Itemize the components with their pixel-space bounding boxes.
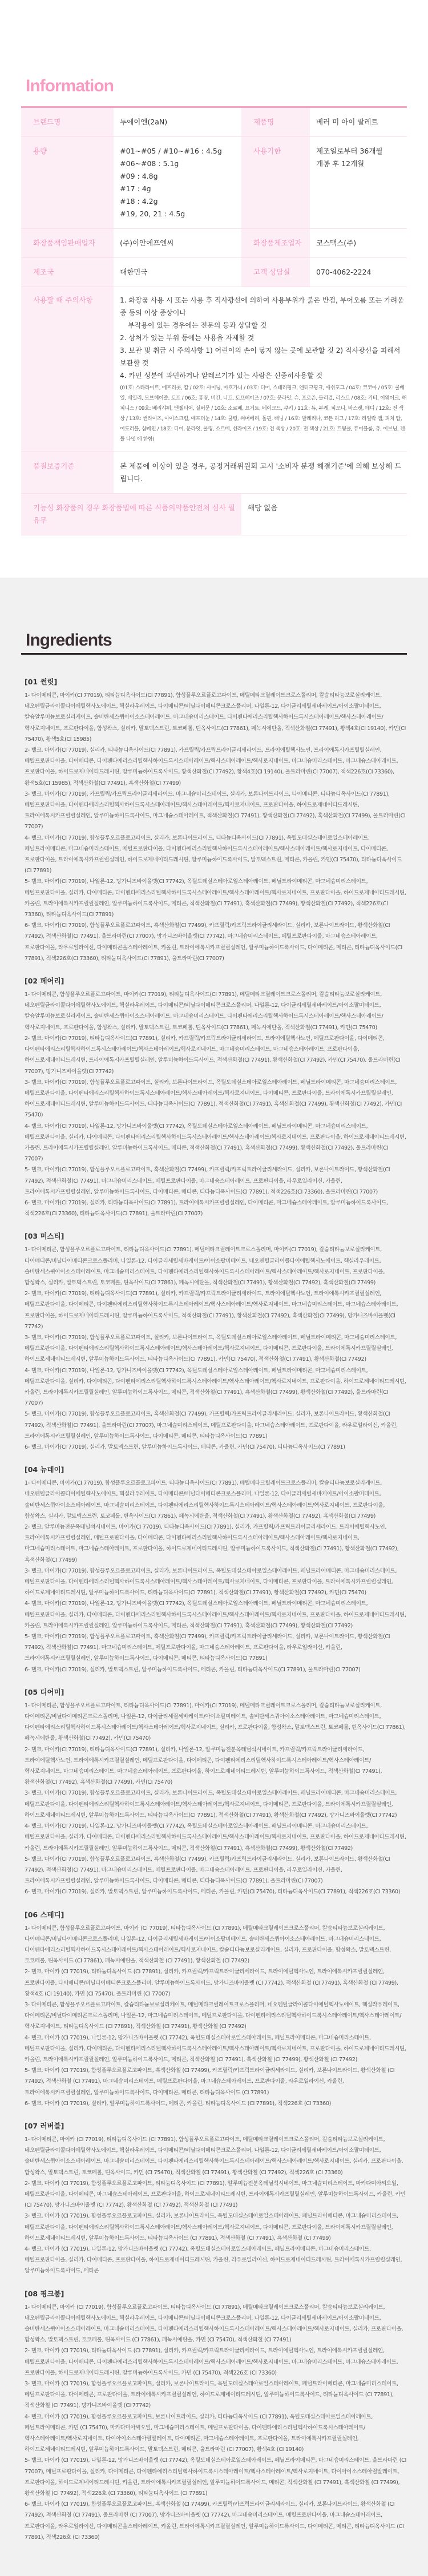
ingredient-list-item: 6- 탤크, 마이카(CI 77019), 합성플루오르플로고파이트, 흑색산화… — [25, 920, 407, 964]
caution-list: 1. 화장품 사용 시 또는 사용 후 직사광선에 의하여 사용부위가 붉은 반… — [120, 294, 407, 382]
quality-value: 본 제품에 이상이 있을 경우, 공정거래위원회 고시 '소비자 분쟁 해결기준… — [114, 452, 407, 494]
ingredient-list-item: 2- 탤크, 마이카 (CI 77019), 티타늄디옥사이드 (CI 7789… — [25, 2345, 407, 2379]
shade-block: [08 핑크붐]1- 다이메티콘, 마이카 (CI 77019), 합성플루오르… — [21, 2287, 407, 2543]
ingredient-list-item: 6- 탤크, 마이카(CI 77019), 실리카, 말토덱스트린, 알루미늄하… — [25, 1664, 407, 1675]
ingredient-list-item: 5- 탤크, 마이카 (CI 77019), 나일론-12, 망가니즈바이올렛 … — [25, 2455, 407, 2499]
ingredient-list-item: 5- 탤크, 마이카(CI 77019), 합성플루오르플로고파이트, 흑색산화… — [25, 1164, 407, 1198]
top-spacer — [0, 0, 428, 75]
functional-value: 해당 없음 — [241, 494, 407, 535]
ingredients-divider — [21, 653, 407, 655]
ingredient-list-item: 1- 다이메티콘, 마이카(CI 77019), 티타늄디옥사이드(CI 778… — [25, 690, 407, 745]
ingredient-list-item: 1- 다이메티콘, 합성플루오르플로고파이트, 마이카(CI 77019), 티… — [25, 989, 407, 1033]
shade-block: [03 미스티]1- 다이메티콘, 합성플루오르플로고파이트, 티타늄디옥사이드… — [21, 1229, 407, 1453]
info-row: 브랜드명 투에이엔(2aN) 제품명 베러 미 아이 팔레트 — [21, 107, 407, 137]
brand-value: 투에이엔(2aN) — [114, 107, 241, 137]
shade-block: [05 디어미]1- 다이메티콘, 합성플루오르플로고파이트, 티타늄디옥사이드… — [21, 1686, 407, 1898]
caution-item: 3. 보관 및 취급 시 주의사항 1) 어린이의 손이 닿지 않는 곳에 보관… — [120, 344, 407, 369]
caution-label: 사용할 때 주의사항 — [21, 287, 114, 452]
shade-title: [04 뉴데이] — [25, 1463, 407, 1477]
ingredient-list-item: 4- 탤크, 마이카(CI 77019), 나일론-12, 망가니즈바이올렛(C… — [25, 1598, 407, 1631]
info-row: 품질보증기준 본 제품에 이상이 있을 경우, 공정거래위원회 고시 '소비자 … — [21, 452, 407, 494]
shade-list: [01 썬릿]1- 다이메티콘, 마이카(CI 77019), 티타늄디옥사이드… — [21, 675, 407, 2543]
cs-label: 고객 상담실 — [241, 258, 310, 287]
ingredient-list-item: 4- 탤크, 마이카 (CI 77019), 나일론-12, 망가니즈바이올렛 … — [25, 2033, 407, 2066]
caution-item: 1. 화장품 사용 시 또는 사용 후 직사광선에 의하여 사용부위가 붉은 반… — [120, 294, 407, 332]
info-row: 제조국 대한민국 고객 상담실 070-4062-2224 — [21, 258, 407, 287]
seller-value: (주)이안에프엔씨 — [114, 229, 241, 258]
ingredient-list-item: 6- 탤크, 마이카 (CI 77019), 실리카, 알루미늄하이드록사이드,… — [25, 2098, 407, 2109]
volume-value: #01~#05 / #10~#16 : 4.5g #06~#08 : 5.1g … — [114, 137, 241, 229]
caution-shade-note: (01호: 스타라이트, 에프리콧, 캄 / 02호: 샤이닝, 마호가니 / … — [120, 383, 407, 445]
info-row: 용량 #01~#05 / #10~#16 : 4.5g #06~#08 : 5.… — [21, 137, 407, 229]
shade-title: [05 디어미] — [25, 1686, 407, 1699]
information-section: Information 브랜드명 투에이엔(2aN) 제품명 베러 미 아이 팔… — [0, 75, 428, 535]
volume-line: #19, 20, 21 : 4.5g — [120, 208, 241, 220]
brand-label: 브랜드명 — [21, 107, 114, 137]
info-row: 사용할 때 주의사항 1. 화장품 사용 시 또는 사용 후 직사광선에 의하여… — [21, 287, 407, 452]
shade-title: [01 썬릿] — [25, 675, 407, 689]
caution-item-text: 1. 화장품 사용 시 또는 사용 후 직사광선에 의하여 사용부위가 붉은 반… — [120, 296, 404, 317]
ingredient-list-item: 6- 탤크, 마이카 (CI 77019), 합성플루오르플로고파이트, 흑색산… — [25, 2499, 407, 2543]
expiry-line: 제조일로부터 36개월 — [316, 145, 407, 158]
volume-line: #01~#05 / #10~#16 : 4.5g — [120, 145, 241, 158]
country-label: 제조국 — [21, 258, 114, 287]
volume-line: #17 : 4g — [120, 183, 241, 195]
ingredient-list-item: 4- 탤크, 마이카(CI 77019), 나일론-12, 망가니즈바이올렛(C… — [25, 1365, 407, 1409]
ingredient-list-item: 3- 탤크, 마이카(CI 77019), 합성플루오르플로고파이트, 실리카,… — [25, 1566, 407, 1599]
ingredient-list-item: 3- 탤크, 마이카 (CI 77019), 합성플루오르플로고파이트, 실리카… — [25, 2379, 407, 2412]
ingredient-list-item: 2- 탤크, 마이카(CI 77019), 티타늄디옥사이드(CI 77891)… — [25, 1744, 407, 1788]
ingredient-list-item: 3- 탤크, 마이카(CI 77019), 카프릴릭/카프릭트라이글리세라이드,… — [25, 789, 407, 833]
ingredient-list-item: 1- 다이메티콘, 마이카 (CI 77019), 티타늄디옥사이드 (CI 7… — [25, 2134, 407, 2178]
ingredient-list-item: 2- 탤크, 알루미늄전분옥테닐석시네이트, 마이카(CI 77019), 티타… — [25, 1522, 407, 1566]
caution-item-text: 부작용이 있는 경우에는 전문의 등과 상담할 것 — [120, 319, 407, 332]
ingredient-list-item: 5- 탤크, 마이카(CI 77019), 나일론-12, 망가니즈바이올렛(C… — [25, 876, 407, 920]
product-value: 베러 미 아이 팔레트 — [310, 107, 407, 137]
country-value: 대한민국 — [114, 258, 241, 287]
ingredient-list-item: 3- 탤크, 마이카(CI 77019), 합성플루오르플로고파이트, 실리카,… — [25, 1077, 407, 1121]
shade-title: [03 미스티] — [25, 1229, 407, 1243]
ingredient-list-item: 2- 탤크, 마이카 (CI 77019), 티타늄디옥사이드 (CI 7789… — [25, 1966, 407, 1999]
ingredient-list-item: 3- 탤크, 마이카 (CI 77019), 합성플루오르플로고파이트, 실리카… — [25, 2211, 407, 2244]
ingredients-section: Ingredients [01 썬릿]1- 다이메티콘, 마이카(CI 7701… — [0, 578, 428, 2576]
information-table: 브랜드명 투에이엔(2aN) 제품명 베러 미 아이 팔레트 용량 #01~#0… — [21, 106, 407, 535]
ingredient-list-item: 5- 탤크, 마이카(CI 77019), 합성플루오르플로고파이트, 흑색산화… — [25, 1631, 407, 1664]
ingredient-list-item: 2- 탤크, 마이카(CI 77019), 실리카, 티타늄디옥사이드(CI 7… — [25, 745, 407, 789]
info-row: 기능성 화장품의 경우 화장품법에 따른 식품의약품안전처 심사 필 유무 해당… — [21, 494, 407, 535]
ingredients-title: Ingredients — [21, 629, 407, 653]
ingredient-list-item: 4- 탤크, 마이카 (CI 77019), 합성플루오르플로고파이트, 보론나… — [25, 2412, 407, 2456]
cs-phone: 070-4062-2224 — [310, 258, 407, 287]
shade-block: [04 뉴데이]1- 다이메티콘, 마이카(CI 77019), 합성플루오르플… — [21, 1463, 407, 1675]
volume-label: 용량 — [21, 137, 114, 229]
ingredient-list-item: 2- 탤크, 마이카(CI 77019), 티타늄디옥사이드(CI 77891)… — [25, 1033, 407, 1077]
volume-line: #09 : 4.8g — [120, 170, 241, 183]
section-gap — [0, 535, 428, 578]
ingredient-list-item: 3- 탤크, 마이카(CI 77019), 합성플루오르플로고파이트, 실리카,… — [25, 1788, 407, 1821]
ingredient-list-item: 5- 탤크, 마이카 (CI 77019), 합성플루오르플로고파이트, 흑색산… — [25, 2065, 407, 2098]
volume-line: #06~#08 : 5.1g — [120, 158, 241, 170]
quality-label: 품질보증기준 — [21, 452, 114, 494]
ingredient-list-item: 4- 탤크, 마이카 (CI 77019), 나일론-12, 망가니즈바이올렛 … — [25, 2244, 407, 2277]
ingredient-list-item: 4- 탤크, 마이카(CI 77019), 나일론-12, 망가니즈바이올렛(C… — [25, 1121, 407, 1165]
ingredient-list-item: 2- 탤크, 마이카(CI 77019), 티타늄디옥사이드(CI 77891)… — [25, 1288, 407, 1332]
ingredient-list-item: 6- 탤크, 마이카(CI 77019), 실리카, 말토덱스트린, 알루미늄하… — [25, 1442, 407, 1453]
expiry-label: 사용기한 — [241, 137, 310, 229]
product-label: 제품명 — [241, 107, 310, 137]
ingredient-list-item: 3- 탤크, 마이카(CI 77019), 합성플루오르플로고파이트, 실리카,… — [25, 1332, 407, 1365]
ingredient-list-item: 6- 탤크, 마이카(CI 77019), 실리카, 말토덱스트린, 알루미늄하… — [25, 1886, 407, 1897]
shade-title: [02 페어리] — [25, 974, 407, 988]
expiry-line: 개봉 후 12개월 — [316, 158, 407, 170]
ingredient-list-item: 6- 탤크, 마이카(CI 77019), 실리카, 티타늄디옥사이드(CI 7… — [25, 1198, 407, 1219]
ingredient-list-item: 5- 탤크, 마이카(CI 77019), 합성플루오르플로고파이트, 흑색산화… — [25, 1854, 407, 1887]
ingredient-list-item: 1- 다이메티콘, 마이카(CI 77019), 합성플루오르플로고파이트, 티… — [25, 1478, 407, 1522]
shade-title: [07 러버블] — [25, 2119, 407, 2133]
expiry-value: 제조일로부터 36개월 개봉 후 12개월 — [310, 137, 407, 229]
caution-item: 4. 카민 성분에 과민하거나 알레르기가 있는 사람은 신중히사용할 것 — [120, 369, 407, 382]
ingredient-list-item: 1- 다이메티콘, 합성플루오르플로고파이트, 티타늄디옥사이드(CI 7789… — [25, 1244, 407, 1288]
ingredient-list-item: 1- 다이메티콘, 마이카 (CI 77019), 합성플루오르플로고파이트, … — [25, 2302, 407, 2346]
maker-label: 화장품제조업자 — [241, 229, 310, 258]
shade-block: [07 러버블]1- 다이메티콘, 마이카 (CI 77019), 티타늄디옥사… — [21, 2119, 407, 2277]
ingredient-list-item: 5- 탤크, 마이카(CI 77019), 합성플루오르플로고파이트, 흑색산화… — [25, 1409, 407, 1442]
functional-label: 기능성 화장품의 경우 화장품법에 따른 식품의약품안전처 심사 필 유무 — [21, 494, 241, 535]
volume-line: #18 : 4.2g — [120, 195, 241, 208]
caution-value: 1. 화장품 사용 시 또는 사용 후 직사광선에 의하여 사용부위가 붉은 반… — [114, 287, 407, 452]
ingredient-list-item: 4- 탤크, 마이카(CI 77019), 나일론-12, 망가니즈바이올렛(C… — [25, 1821, 407, 1854]
shade-block: [02 페어리]1- 다이메티콘, 합성플루오르플로고파이트, 마이카(CI 7… — [21, 974, 407, 1219]
info-row: 화장품책임판매업자 (주)이안에프엔씨 화장품제조업자 코스맥스(주) — [21, 229, 407, 258]
ingredient-list-item: 1- 다이메티콘, 합성플루오르플로고파이트, 티타늄디옥사이드(CI 7789… — [25, 1700, 407, 1744]
ingredient-list-item: 1- 다이메티콘, 합성플루오르플로고파이트, 마이카 (CI 77019), … — [25, 1923, 407, 1967]
shade-title: [06 스테디] — [25, 1908, 407, 1922]
caution-item: 2. 상처가 있는 부위 등에는 사용을 자제할 것 — [120, 332, 407, 344]
shade-title: [08 핑크붐] — [25, 2287, 407, 2301]
ingredient-list-item: 2- 탤크, 마이카 (CI 77019), 합성플루오르플로고파이트, 티타늄… — [25, 2178, 407, 2211]
seller-label: 화장품책임판매업자 — [21, 229, 114, 258]
shade-block: [01 썬릿]1- 다이메티콘, 마이카(CI 77019), 티타늄디옥사이드… — [21, 675, 407, 964]
ingredient-list-item: 4- 탤크, 마이카(CI 77019), 합성플루오르플로고파이트, 실리카,… — [25, 833, 407, 877]
shade-block: [06 스테디]1- 다이메티콘, 합성플루오르플로고파이트, 마이카 (CI … — [21, 1908, 407, 2109]
ingredient-list-item: 3- 다이메티콘, 합성플루오르플로고파이트, 칼슘티타늄보로실리케이트, 메틸… — [25, 1999, 407, 2033]
maker-value: 코스맥스(주) — [310, 229, 407, 258]
information-title: Information — [21, 75, 407, 106]
